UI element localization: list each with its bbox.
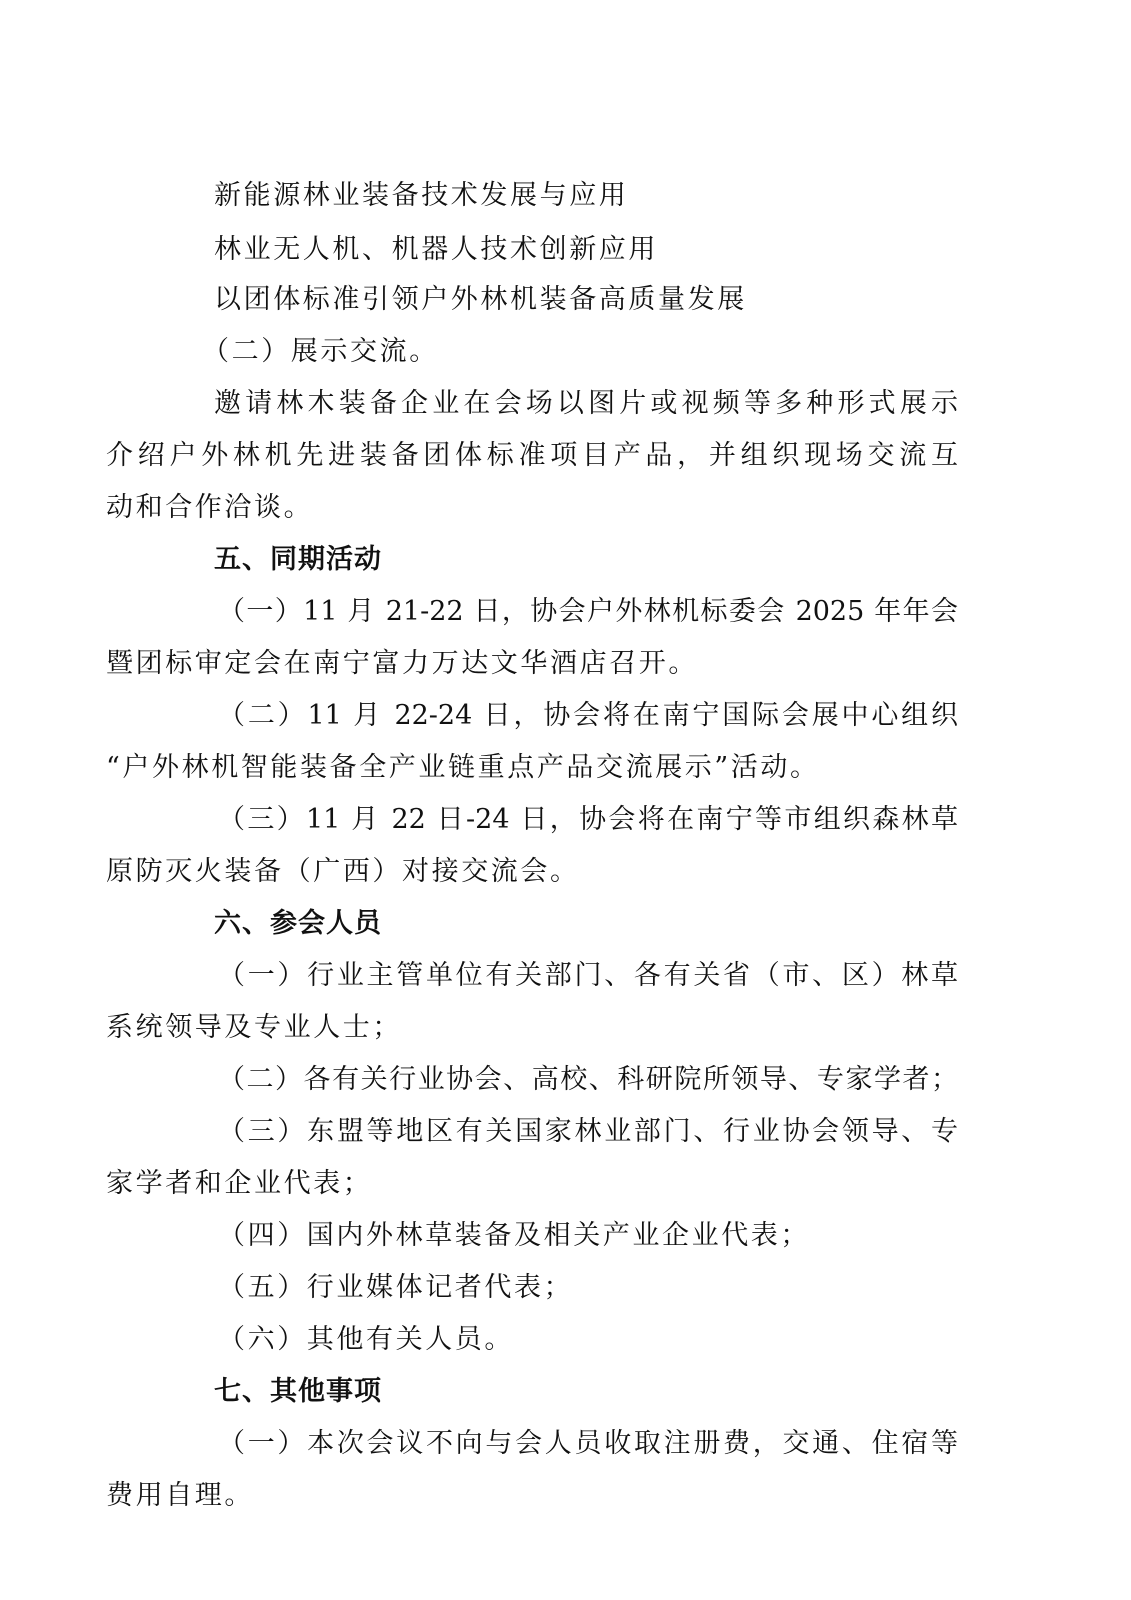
paragraph-line: 动和合作洽谈。 [106,488,313,528]
topic-line: 新能源林业装备技术发展与应用 [214,176,628,216]
list-item-line: 家学者和企业代表； [106,1164,372,1204]
list-item-line: （六）其他有关人员。 [218,1320,514,1360]
paragraph-line: 邀请林木装备企业在会场以图片或视频等多种形式展示 [214,384,958,424]
topic-line: 林业无人机、机器人技术创新应用 [214,230,658,270]
section-heading: 七、其他事项 [214,1372,382,1412]
section-heading: 五、同期活动 [214,540,382,580]
paragraph-line: 介绍户外林机先进装备团体标准项目产品，并组织现场交流互 [106,436,958,476]
list-item-line: （一）本次会议不向与会人员收取注册费，交通、住宿等 [218,1424,958,1464]
subsection-title: （二）展示交流。 [202,332,439,372]
list-item-line: （三）11 月 22 日-24 日，协会将在南宁等市组织森林草 [218,800,958,840]
list-item-line: 暨团标审定会在南宁富力万达文华酒店召开。 [106,644,698,684]
list-item-line: （三）东盟等地区有关国家林业部门、行业协会领导、专 [218,1112,958,1152]
list-item-line: （一）行业主管单位有关部门、各有关省（市、区）林草 [218,956,958,996]
list-item-line: （四）国内外林草装备及相关产业企业代表； [218,1216,810,1256]
list-item-line: （一）11 月 21-22 日，协会户外林机标委会 2025 年年会 [218,592,958,632]
topic-line: 以团体标准引领户外林机装备高质量发展 [214,280,747,320]
list-item-line: 费用自理。 [106,1476,254,1516]
section-heading: 六、参会人员 [214,904,382,944]
list-item-line: “户外林机智能装备全产业链重点产品交流展示”活动。 [106,748,820,788]
list-item-line: （五）行业媒体记者代表； [218,1268,573,1308]
list-item-line: 原防灭火装备（广西）对接交流会。 [106,852,580,892]
list-item-line: （二）11 月 22-24 日，协会将在南宁国际会展中心组织 [218,696,958,736]
list-item-line: 系统领导及专业人士； [106,1008,402,1048]
list-item-line: （二）各有关行业协会、高校、科研院所领导、专家学者； [218,1060,958,1100]
